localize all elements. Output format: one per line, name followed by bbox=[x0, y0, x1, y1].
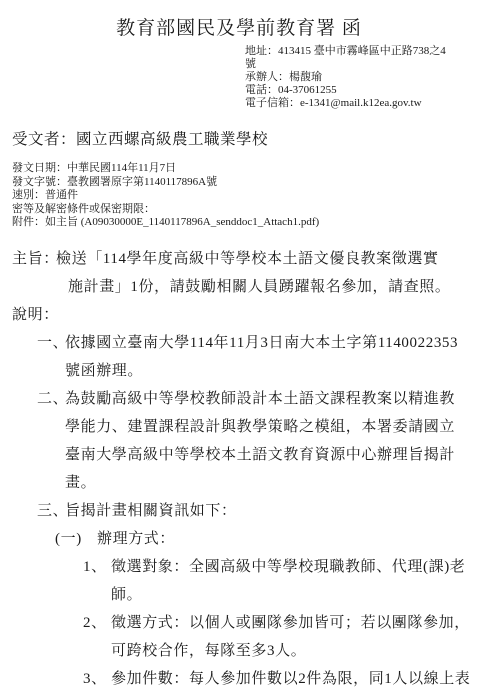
numbered-item-1-line-1: 1、徵選對象：全國高級中等學校現職教師、代理(課)老 bbox=[83, 553, 474, 581]
list-item-1-marker: 一、 bbox=[37, 329, 65, 357]
list-item-2-marker: 二、 bbox=[37, 385, 65, 413]
list-item-2-text-1: 為鼓勵高級中等學校教師設計本土語文課程教案以精進教 bbox=[65, 391, 455, 407]
phone-line: 電話：04-37061255 bbox=[245, 84, 475, 97]
list-item-2-text-2: 學能力、建置課程設計與教學策略之模組，本署委請國立 bbox=[37, 413, 474, 441]
list-item-3-line-1: 三、旨揭計畫相關資訊如下： bbox=[37, 497, 474, 525]
numbered-item-3-text-1: 參加件數：每人參加件數以2件為限，同1人以線上表 bbox=[111, 671, 470, 687]
list-item-1-line-1: 一、依據國立臺南大學114年11月3日南大本土字第1140022353 bbox=[37, 329, 474, 357]
list-item-1-text-2: 號函辦理。 bbox=[37, 357, 474, 385]
sub-item-1-text: 辦理方式： bbox=[97, 531, 175, 547]
numbered-item-2-text-2: 可跨校合作，每隊至多3人。 bbox=[83, 637, 474, 665]
address-line-1: 地址：413415 臺中市霧峰區中正路738之4 bbox=[245, 45, 475, 58]
numbered-item-1-text-2: 師。 bbox=[83, 581, 474, 609]
list-item-3-text-1: 旨揭計畫相關資訊如下： bbox=[65, 503, 237, 519]
sub-item-1-line: (一)辦理方式： bbox=[55, 525, 474, 553]
email-line: 電子信箱：e-1341@mail.k12ea.gov.tw bbox=[245, 97, 475, 110]
meta-block: 發文日期：中華民國114年11月7日 發文字號：臺教國署原字第114011789… bbox=[12, 162, 478, 230]
list-item-3-marker: 三、 bbox=[37, 497, 65, 525]
doc-number-line: 發文字號：臺教國署原字第1140117896A號 bbox=[12, 176, 478, 190]
numbered-item-1-text-1: 徵選對象：全國高級中等學校現職教師、代理(課)老 bbox=[111, 559, 465, 575]
sub-item-1: (一)辦理方式： bbox=[12, 525, 474, 553]
subject-label: 主旨： bbox=[12, 245, 56, 273]
subject-text-1: 檢送「114學年度高級中等學校本土語文優良教案徵選實 bbox=[56, 251, 439, 267]
numbered-item-3: 3、參加件數：每人參加件數以2件為限，同1人以線上表 bbox=[12, 665, 474, 693]
explanation-label: 說明： bbox=[12, 301, 474, 329]
list-item-2: 二、為鼓勵高級中等學校教師設計本土語文課程教案以精進教 學能力、建置課程設計與教… bbox=[12, 385, 474, 497]
numbered-item-2-line-1: 2、徵選方式：以個人或團隊參加皆可；若以團隊參加， bbox=[83, 609, 474, 637]
numbered-item-1-marker: 1、 bbox=[83, 553, 111, 581]
numbered-item-2: 2、徵選方式：以個人或團隊參加皆可；若以團隊參加， 可跨校合作，每隊至多3人。 bbox=[12, 609, 474, 665]
list-item-2-line-1: 二、為鼓勵高級中等學校教師設計本土語文課程教案以精進教 bbox=[37, 385, 474, 413]
sub-item-1-marker: (一) bbox=[55, 525, 97, 553]
numbered-item-3-line-1: 3、參加件數：每人參加件數以2件為限，同1人以線上表 bbox=[83, 665, 474, 693]
document-title: 教育部國民及學前教育署 函 bbox=[0, 0, 478, 40]
list-item-1-text-1: 依據國立臺南大學114年11月3日南大本土字第1140022353 bbox=[65, 335, 458, 351]
letter-body: 主旨：檢送「114學年度高級中等學校本土語文優良教案徵選實 施計畫」1份，請鼓勵… bbox=[12, 245, 474, 693]
subject-text-2: 施計畫」1份，請鼓勵相關人員踴躍報名參加，請查照。 bbox=[12, 273, 474, 301]
numbered-item-2-marker: 2、 bbox=[83, 609, 111, 637]
sender-info-block: 地址：413415 臺中市霧峰區中正路738之4 號 承辦人：楊馥瑜 電話：04… bbox=[245, 45, 475, 110]
attachment-line: 附件：如主旨 (A09030000E_1140117896A_senddoc1_… bbox=[12, 216, 478, 230]
address-line-2: 號 bbox=[245, 58, 475, 71]
numbered-item-1: 1、徵選對象：全國高級中等學校現職教師、代理(課)老 師。 bbox=[12, 553, 474, 609]
recipient-line: 受文者：國立西螺高級農工職業學校 bbox=[12, 127, 478, 149]
contact-person-line: 承辦人：楊馥瑜 bbox=[245, 71, 475, 84]
numbered-item-3-marker: 3、 bbox=[83, 665, 111, 693]
security-class-line: 密等及解密條件或保密期限： bbox=[12, 203, 478, 217]
list-item-3: 三、旨揭計畫相關資訊如下： bbox=[12, 497, 474, 525]
subject-paragraph: 主旨：檢送「114學年度高級中等學校本土語文優良教案徵選實 施計畫」1份，請鼓勵… bbox=[12, 245, 474, 301]
official-letter-page: 教育部國民及學前教育署 函 地址：413415 臺中市霧峰區中正路738之4 號… bbox=[0, 0, 478, 695]
list-item-2-text-3: 臺南大學高級中等學校本土語文教育資源中心辦理旨揭計 bbox=[37, 441, 474, 469]
issue-date-line: 發文日期：中華民國114年11月7日 bbox=[12, 162, 478, 176]
subject-line-1: 主旨：檢送「114學年度高級中等學校本土語文優良教案徵選實 bbox=[12, 245, 474, 273]
list-item-1: 一、依據國立臺南大學114年11月3日南大本土字第1140022353 號函辦理… bbox=[12, 329, 474, 385]
list-item-2-text-4: 畫。 bbox=[37, 469, 474, 497]
numbered-item-2-text-1: 徵選方式：以個人或團隊參加皆可；若以團隊參加， bbox=[111, 615, 470, 631]
speed-class-line: 速別：普通件 bbox=[12, 189, 478, 203]
